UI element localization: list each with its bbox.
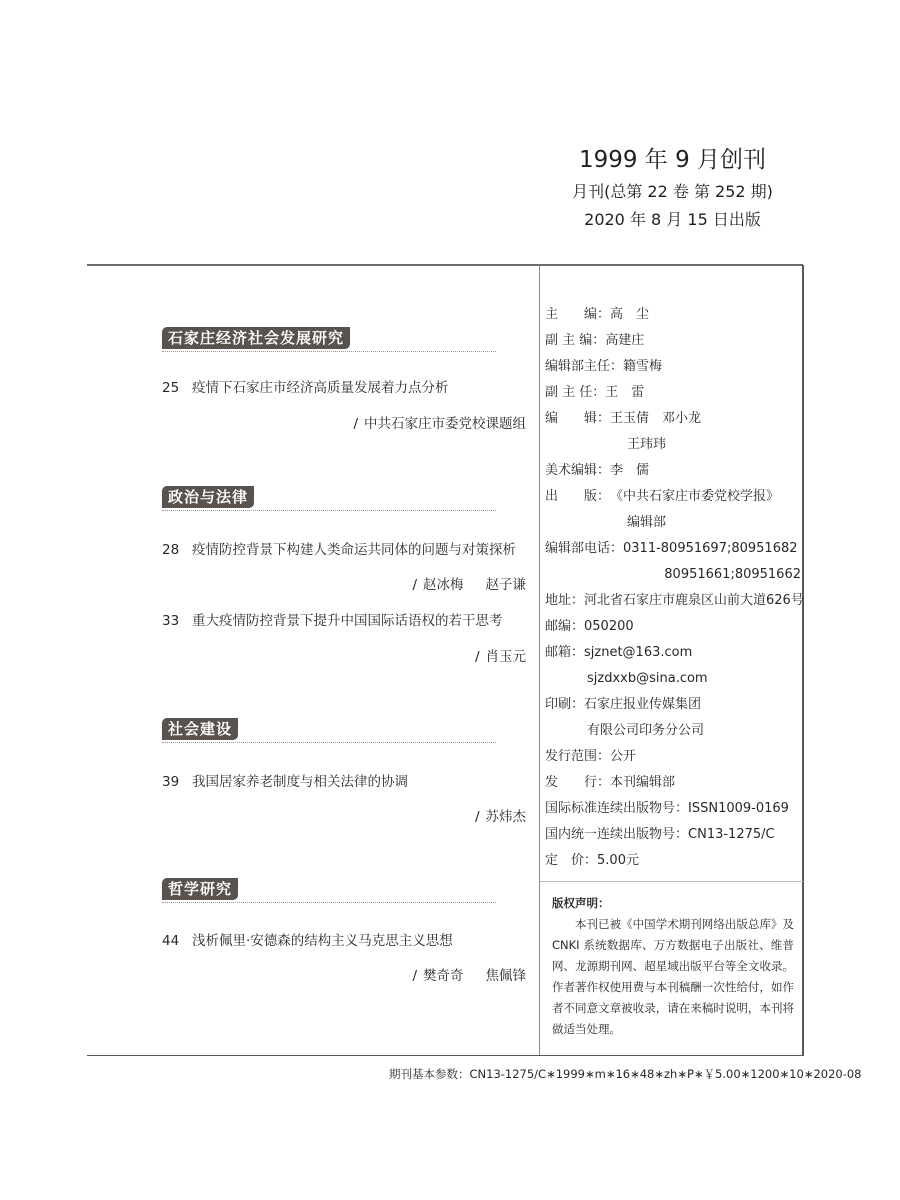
toc-article[interactable]: 25疫情下石家庄市经济高质量发展着力点分析 [162,376,526,396]
info-printer-cont: 有限公司印务分公司 [545,718,803,744]
toc-article[interactable]: 33重大疫情防控背景下提升中国国际话语权的若干思考 [162,609,526,629]
copyright-body: 本刊已被《中国学术期刊网络出版总库》及 CNKI 系统数据库、万方数据电子出版社… [552,914,794,1040]
article-authors: /樊奇奇焦佩锋 [162,964,526,984]
founded-date: 1999 年 9 月创刊 [540,142,805,178]
author: 肖玉元 [486,649,527,665]
info-email: 邮箱：sjznet@163.com [545,640,803,666]
info-publisher: 出 版：《中共石家庄市委党校学报》 [545,484,803,510]
column-divider [539,265,540,1055]
section-rule [162,742,496,743]
author: 焦佩锋 [486,968,527,984]
email-link[interactable]: sjznet@163.com [584,645,692,660]
section-rule [162,902,496,903]
info-address: 地址：河北省石家庄市鹿泉区山前大道626号 [545,588,803,614]
info-office-director: 编辑部主任：籍雪梅 [545,354,803,380]
info-email-cont: sjzdxxb@sina.com [545,666,803,692]
info-phone-cont: 80951661;80951662 [545,562,803,588]
copyright-notice: 版权声明： 本刊已被《中国学术期刊网络出版总库》及 CNKI 系统数据库、万方数… [552,893,794,1040]
info-publisher-cont: 编辑部 [545,510,803,536]
author: 樊奇奇 [423,968,464,984]
email-link[interactable]: sjzdxxb@sina.com [587,671,708,686]
section-rule [162,351,496,352]
info-price: 定 价：5.00元 [545,848,803,874]
article-title: 浅析佩里·安德森的结构主义马克思主义思想 [192,933,453,949]
toc-article[interactable]: 44浅析佩里·安德森的结构主义马克思主义思想 [162,929,526,949]
article-page: 25 [162,380,192,396]
section-title: 社会建设 [162,718,238,740]
author: 中共石家庄市委党校课题组 [364,416,526,432]
article-authors: /苏炜杰 [162,805,526,825]
article-authors: /肖玉元 [162,645,526,665]
toc-section: 政治与法律 [162,486,496,511]
author: 赵冰梅 [423,577,464,593]
editorial-info-panel: 主 编：高 尘 副 主 编：高建庄 编辑部主任：籍雪梅 副 主 任：王 雷 编 … [545,302,803,874]
info-editors-cont: 王玮玮 [545,432,803,458]
info-deputy-director: 副 主 任：王 雷 [545,380,803,406]
article-page: 44 [162,933,192,949]
info-deputy-chief-editor: 副 主 编：高建庄 [545,328,803,354]
toc-section: 哲学研究 [162,878,496,903]
toc-section: 石家庄经济社会发展研究 [162,327,496,352]
author: 苏炜杰 [486,809,527,825]
publish-date: 2020 年 8 月 15 日出版 [540,206,805,234]
article-page: 39 [162,774,192,790]
copyright-box-divider [540,881,803,882]
section-rule [162,510,496,511]
masthead: 1999 年 9 月创刊 月刊(总第 22 卷 第 252 期) 2020 年 … [540,142,805,234]
info-cn: 国内统一连续出版物号：CN13-1275/C [545,822,803,848]
article-title: 疫情防控背景下构建人类命运共同体的问题与对策探析 [192,542,516,558]
info-chief-editor: 主 编：高 尘 [545,302,803,328]
info-postcode: 邮编：050200 [545,614,803,640]
copyright-title: 版权声明： [552,893,794,914]
journal-params: 期刊基本参数：CN13-1275/C∗1999∗m∗16∗48∗zh∗P∗￥5.… [389,1066,809,1082]
frame-top-rule [87,264,803,266]
toc-section: 社会建设 [162,718,496,743]
article-page: 28 [162,542,192,558]
info-printer: 印刷：石家庄报业传媒集团 [545,692,803,718]
article-authors: /中共石家庄市委党校课题组 [162,412,526,432]
info-issn: 国际标准连续出版物号：ISSN1009-0169 [545,796,803,822]
article-title: 重大疫情防控背景下提升中国国际话语权的若干思考 [192,613,503,629]
info-editors: 编 辑：王玉倩 邓小龙 [545,406,803,432]
section-title: 石家庄经济社会发展研究 [162,327,350,349]
author: 赵子谦 [486,577,527,593]
article-title: 疫情下石家庄市经济高质量发展着力点分析 [192,380,449,396]
toc-article[interactable]: 39我国居家养老制度与相关法律的协调 [162,770,526,790]
info-distribution-scope: 发行范围：公开 [545,744,803,770]
section-title: 哲学研究 [162,878,238,900]
info-art-editor: 美术编辑：李 儒 [545,458,803,484]
article-page: 33 [162,613,192,629]
frame-bottom-rule [87,1055,803,1056]
section-title: 政治与法律 [162,486,254,508]
article-authors: /赵冰梅赵子谦 [162,573,526,593]
issue-info: 月刊(总第 22 卷 第 252 期) [540,178,805,206]
article-title: 我国居家养老制度与相关法律的协调 [192,774,408,790]
info-distributor: 发 行：本刊编辑部 [545,770,803,796]
info-phone: 编辑部电话：0311-80951697;80951682 [545,536,803,562]
toc-article[interactable]: 28疫情防控背景下构建人类命运共同体的问题与对策探析 [162,538,526,558]
